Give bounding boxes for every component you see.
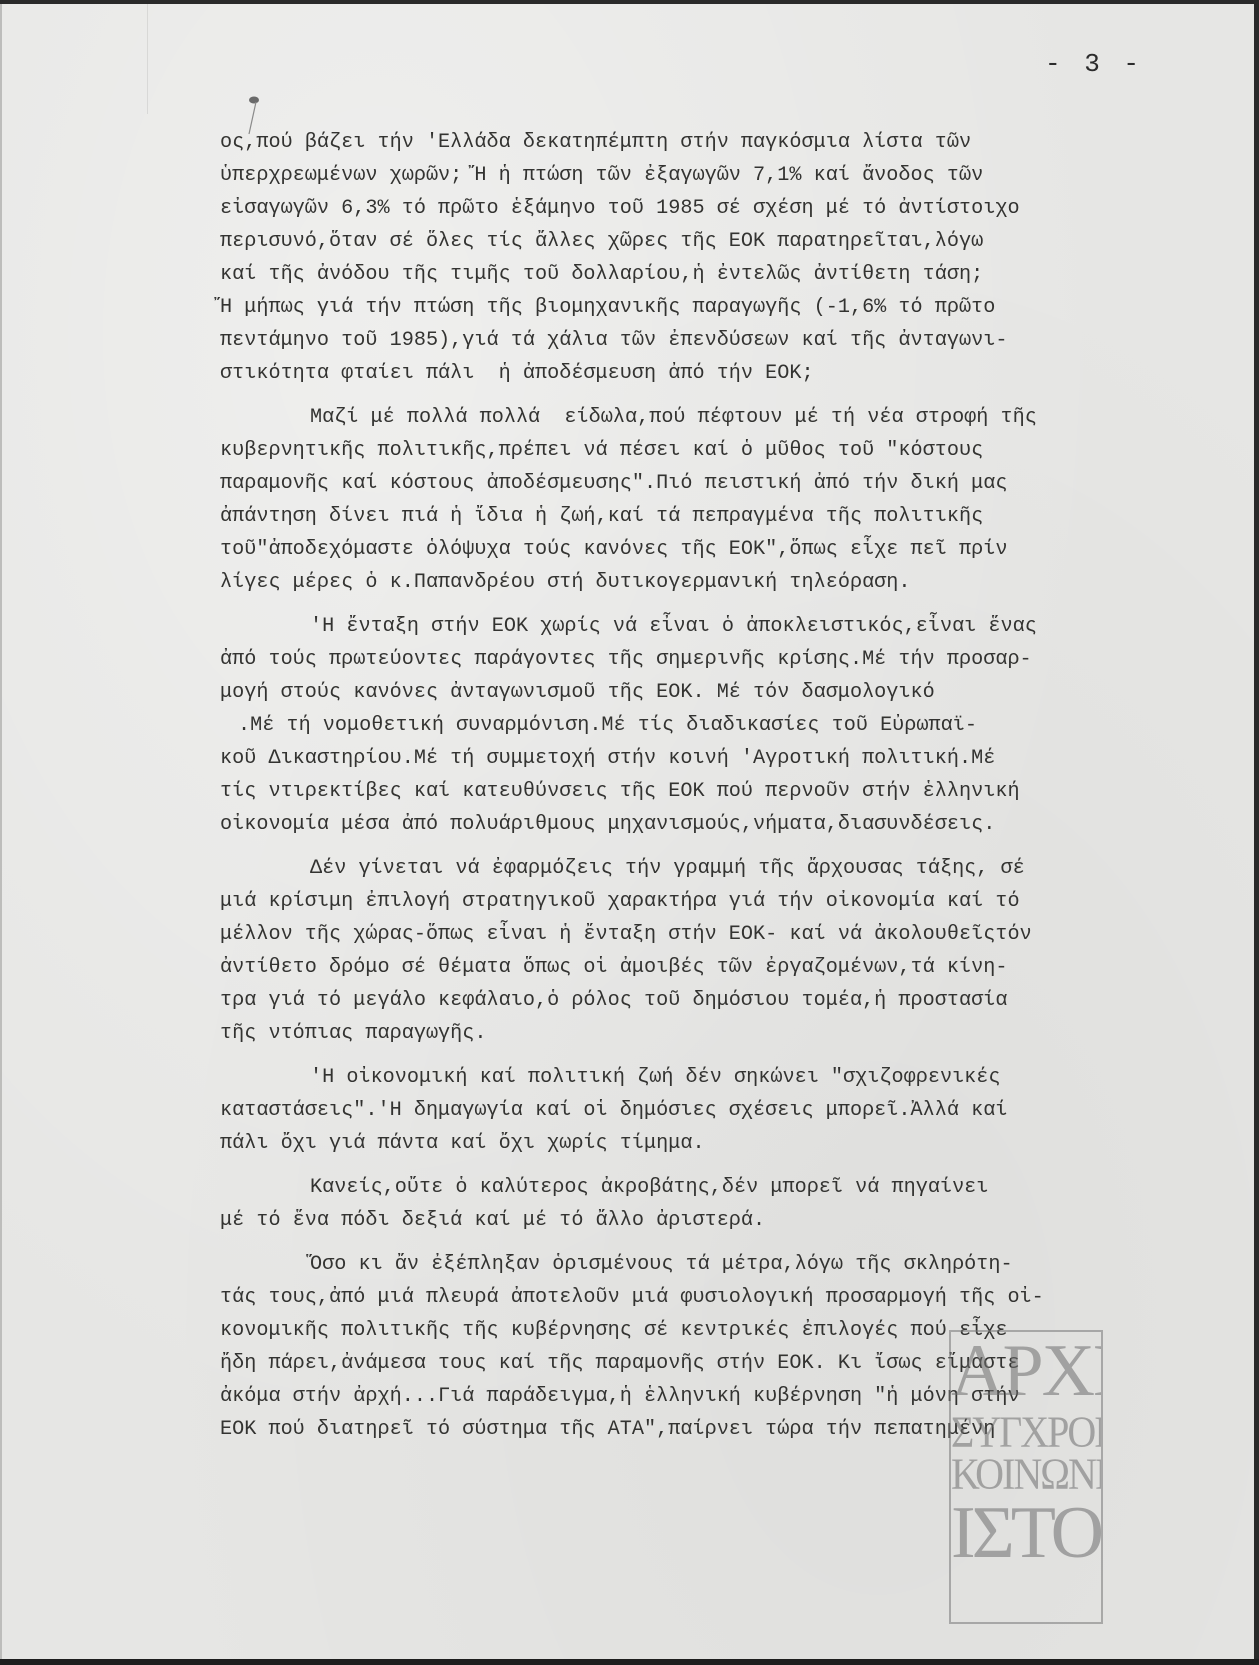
text-line: μέλλον τῆς χώρας-ὅπως εἶναι ἡ ἔνταξη στή… (220, 918, 1250, 951)
text-line: εἰσαγωγῶν 6,3% τό πρῶτο ἑξάμηνο τοῦ 1985… (220, 192, 1250, 225)
text-line: πεντάμηνο τοῦ 1985),γιά τά χάλια τῶν ἐπε… (220, 324, 1250, 357)
stamp-line: ΙΣΤΟΡΙΑΣ (951, 1496, 1101, 1570)
text-line: καί τῆς ἀνόδου τῆς τιμῆς τοῦ δολλαρίου,ἡ… (220, 258, 1250, 291)
text-line: Ὅσο κι ἄν ἐξέπληξαν ὁρισμένους τά μέτρα,… (220, 1248, 1250, 1281)
stamp-line: ΚΟΙΝΩΝΙΚΗΣ (951, 1452, 1101, 1496)
paragraph-gap (220, 1160, 1250, 1171)
text-line: τίς ντιρεκτίβες καί κατευθύνσεις τῆς ΕΟΚ… (220, 775, 1250, 808)
text-line: Δέν γίνεται νά ἐφαρμόζεις τήν γραμμή τῆς… (220, 852, 1250, 885)
text-line: στικότητα φταίει πάλι ἡ ἀποδέσμευση ἀπό … (220, 357, 1250, 390)
text-line: ος,πού βάζει τήν 'Ελλάδα δεκατηπέμπτη στ… (220, 126, 1250, 159)
text-line: Ἤ μήπως γιά τήν πτώση τῆς βιομηχανικῆς π… (220, 291, 1250, 324)
paragraph-gap (220, 599, 1250, 610)
text-line: τοῦ"ἀποδεχόμαστε ὁλόψυχα τούς κανόνες τῆ… (220, 533, 1250, 566)
text-line: 'Η οἰκονομική καί πολιτική ζωή δέν σηκών… (220, 1061, 1250, 1094)
text-line: μέ τό ἕνα πόδι δεξιά καί μέ τό ἄλλο ἀρισ… (220, 1204, 1250, 1237)
text-line: καταστάσεις".'Η δημαγωγία καί οἱ δημόσιε… (220, 1094, 1250, 1127)
document-body: ος,πού βάζει τήν 'Ελλάδα δεκατηπέμπτη στ… (220, 126, 1250, 1446)
text-line: μογή στούς κανόνες ἀνταγωνισμοῦ τῆς ΕΟΚ.… (220, 676, 1250, 709)
text-line: .Μέ τή νομοθετική συναρμόνιση.Μέ τίς δια… (220, 709, 1250, 742)
text-line: παραμονῆς καί κόστους ἀποδέσμευσης".Πιό … (220, 467, 1250, 500)
text-line: 'Η ἔνταξη στήν ΕΟΚ χωρίς νά εἶναι ὁ ἀποκ… (220, 610, 1250, 643)
text-line: μιά κρίσιμη ἐπιλογή στρατηγικοῦ χαρακτήρ… (220, 885, 1250, 918)
paragraph-gap (220, 390, 1250, 401)
text-line: ὑπερχρεωμένων χωρῶν; Ἤ ἡ πτώση τῶν ἐξαγω… (220, 159, 1250, 192)
text-line: τρα γιά τό μεγάλο κεφάλαιο,ὁ ρόλος τοῦ δ… (220, 984, 1250, 1017)
page-number: - 3 - (1045, 49, 1143, 79)
text-line: ἀπό τούς πρωτεύοντες παράγοντες τῆς σημε… (220, 643, 1250, 676)
paragraph-gap (220, 841, 1250, 852)
text-line: Μαζί μέ πολλά πολλά είδωλα,πού πέφτουν μ… (220, 401, 1250, 434)
stamp-line: ΣΥΓΧΡΟΝΗΣ (951, 1410, 1101, 1454)
text-line: τάς τους,ἀπό μιά πλευρά ἀποτελοῦν μιά φυ… (220, 1281, 1250, 1314)
text-line: πάλι ὄχι γιά πάντα καί ὄχι χωρίς τίμημα. (220, 1127, 1250, 1160)
text-line: οἰκονομία μέσα ἀπό πολυάριθμους μηχανισμ… (220, 808, 1250, 841)
text-line: ἀντίθετο δρόμο σέ θέματα ὅπως οἱ ἀμοιβές… (220, 951, 1250, 984)
text-line: ἀπάντηση δίνει πιά ἡ ἴδια ἡ ζωή,καί τά π… (220, 500, 1250, 533)
scan-edge (0, 1659, 1259, 1665)
archive-stamp-watermark: ΑΡΧΕΙΑ ΣΥΓΧΡΟΝΗΣ ΚΟΙΝΩΝΙΚΗΣ ΙΣΤΟΡΙΑΣ (949, 1330, 1103, 1624)
document-page: - 3 - ος,πού βάζει τήν 'Ελλάδα δεκατηπέμ… (0, 4, 1254, 1659)
text-line: τῆς ντόπιας παραγωγῆς. (220, 1017, 1250, 1050)
stamp-line: ΑΡΧΕΙΑ (951, 1334, 1101, 1408)
text-line: Κανείς,οὔτε ὁ καλύτερος ἀκροβάτης,δέν μπ… (220, 1171, 1250, 1204)
paragraph-gap (220, 1050, 1250, 1061)
text-line: κυβερνητικῆς πολιτικῆς,πρέπει νά πέσει κ… (220, 434, 1250, 467)
text-line: περισυνό,ὅταν σέ ὅλες τίς ἄλλες χῶρες τῆ… (220, 225, 1250, 258)
paragraph-gap (220, 1237, 1250, 1248)
text-line: κοῦ Δικαστηρίου.Μέ τή συμμετοχή στήν κοι… (220, 742, 1250, 775)
text-line: λίγες μέρες ὁ κ.Παπανδρέου στή δυτικογερ… (220, 566, 1250, 599)
paper-fold-line (147, 4, 148, 114)
